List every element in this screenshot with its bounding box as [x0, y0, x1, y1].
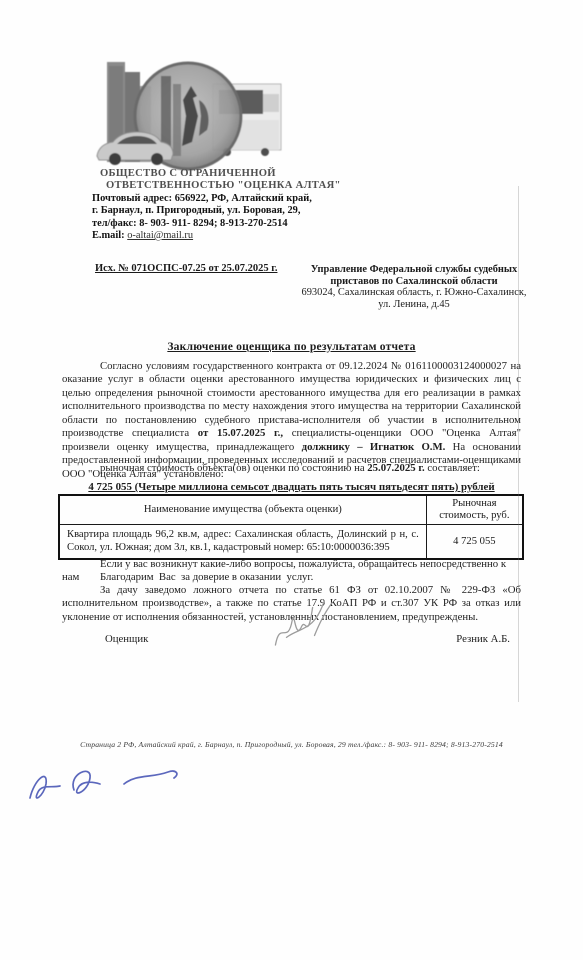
document-title: Заключение оценщика по результатам отчет… [0, 340, 583, 353]
header-property-name: Наименование имущества (объекта оценки) [59, 495, 426, 525]
recipient-line4: ул. Ленина, д.45 [290, 299, 538, 311]
email-link[interactable]: o-altai@mail.ru [127, 230, 193, 241]
p2-text-2: составляет: [425, 462, 480, 474]
header-market-value: Рыночная стоимость, руб. [426, 495, 523, 525]
company-address-line1: Почтовый адрес: 656922, РФ, Алтайский кр… [92, 193, 352, 205]
market-value-line: рыночная стоимость объекта(ов) оценки по… [62, 462, 521, 475]
company-address-line2: г. Барнаул, п. Пригородный, ул. Боровая,… [92, 205, 352, 217]
total-sum-line: 4 725 055 (Четыре миллиона семьсот двадц… [0, 481, 583, 493]
company-name-line1: ОБЩЕСТВО С ОГРАНИЧЕННОЙ [100, 168, 352, 180]
table-header-row: Наименование имущества (объекта оценки) … [59, 495, 523, 525]
company-logo-image [95, 60, 285, 172]
page-footer: Страница 2 РФ, Алтайский край, г. Барнау… [0, 740, 583, 749]
signature-row: Оценщик Резник А.Б. [62, 633, 510, 645]
closing-line-thanks: Благодарим Вас за доверие в оказании усл… [62, 571, 521, 584]
outgoing-reference-number: Исх. № 071ОСПС-07.25 от 25.07.2025 г. [95, 263, 277, 274]
scan-artifact-line [518, 186, 519, 702]
table-row: Квартира площадь 96,2 кв.м, адрес: Сахал… [59, 525, 523, 559]
document-page: ОБЩЕСТВО С ОГРАНИЧЕННОЙ ОТВЕТСТВЕННОСТЬЮ… [0, 0, 583, 960]
p2-text-1: рыночная стоимость объекта(ов) оценки по… [100, 462, 367, 474]
p2-bold-date: 25.07.2025 г. [367, 462, 424, 474]
signer-role: Оценщик [105, 633, 148, 645]
recipient-block: Управление Федеральной службы судебных п… [290, 264, 538, 310]
signer-name: Резник А.Б. [456, 633, 510, 645]
p1-bold-debtor: должнику – Игнатюк О.М. [302, 441, 446, 453]
recipient-line3: 693024, Сахалинская область, г. Южно-Сах… [290, 287, 538, 299]
handwritten-blue-signature-icon [28, 760, 203, 822]
email-label: E.mail: [92, 230, 125, 241]
appraiser-signature-icon [255, 596, 365, 654]
valuation-table: Наименование имущества (объекта оценки) … [58, 494, 524, 560]
company-phone-line: тел/факс: 8- 903- 911- 8294; 8-913-270-2… [92, 218, 352, 230]
company-email-line: E.mail: o-altai@mail.ru [92, 230, 352, 242]
p1-bold-date: от 15.07.2025 г., [198, 427, 283, 439]
letterhead-company-block: ОБЩЕСТВО С ОГРАНИЧЕННОЙ ОТВЕТСТВЕННОСТЬЮ… [92, 168, 352, 242]
recipient-line2: приставов по Сахалинской области [290, 276, 538, 288]
property-value-cell: 4 725 055 [426, 525, 523, 559]
recipient-line1: Управление Федеральной службы судебных [290, 264, 538, 276]
property-description-cell: Квартира площадь 96,2 кв.м, адрес: Сахал… [59, 525, 426, 559]
company-name-line2: ОТВЕТСТВЕННОСТЬЮ "ОЦЕНКА АЛТАЯ" [106, 180, 352, 192]
